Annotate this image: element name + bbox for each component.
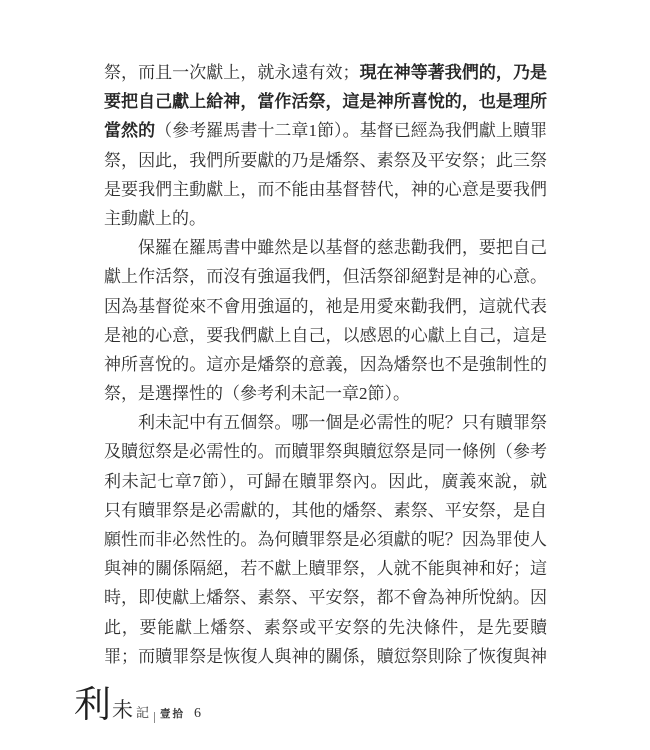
body-text-segment: （參考羅馬書十二章1節）。基督已經為我們獻上贖罪 bbox=[155, 121, 547, 140]
body-text-segment: 利未記中有五個祭。哪一個是必需性的呢？只有贖罪祭 bbox=[138, 413, 547, 432]
text-line: 只有贖罪祭是必需獻的，其他的燔祭、素祭、平安祭，是自 bbox=[104, 496, 547, 525]
text-line: 要把自己獻上給神，當作活祭，這是神所喜悅的，也是理所 bbox=[104, 87, 547, 116]
text-line: 利未記中有五個祭。哪一個是必需性的呢？只有贖罪祭 bbox=[104, 408, 547, 437]
text-line: 因為基督從來不會用強逼的，祂是用愛來勸我們，這就代表 bbox=[104, 292, 547, 321]
body-text-segment: 神所喜悅的。這亦是燔祭的意義，因為燔祭也不是強制性的 bbox=[104, 355, 547, 374]
footer-divider bbox=[154, 712, 155, 723]
page-body: 祭，而且一次獻上，就永遠有效；現在神等著我們的，乃是要把自己獻上給神，當作活祭，… bbox=[104, 58, 547, 671]
text-line: 是祂的心意，要我們獻上自己，以感恩的心獻上自己，這是 bbox=[104, 321, 547, 350]
book-title-char-3: 記 bbox=[136, 702, 149, 721]
text-line: 願性而非必然性的。為何贖罪祭是必須獻的呢？因為罪使人 bbox=[104, 525, 547, 554]
page-footer: 利 未 記 壹拾 6 bbox=[74, 686, 201, 726]
body-text-segment: 只有贖罪祭是必需獻的，其他的燔祭、素祭、平安祭，是自 bbox=[104, 501, 547, 520]
text-line: 祭，是選擇性的（參考利未記一章2節）。 bbox=[104, 379, 547, 408]
body-text-segment: 祭，而且一次獻上，就永遠有效； bbox=[104, 63, 360, 82]
body-text-segment: 罪；而贖罪祭是恢復人與神的關係，贖愆祭則除了恢復與神 bbox=[104, 647, 547, 666]
body-text-segment: 願性而非必然性的。為何贖罪祭是必須獻的呢？因為罪使人 bbox=[104, 530, 547, 549]
book-page: 祭，而且一次獻上，就永遠有效；現在神等著我們的，乃是要把自己獻上給神，當作活祭，… bbox=[0, 0, 650, 750]
book-title-char-2: 未 bbox=[112, 694, 133, 724]
emphasis-text: 要把自己獻上給神，當作活祭，這是神所喜悅的，也是理所 bbox=[104, 92, 547, 111]
chapter-label: 壹拾 bbox=[160, 706, 185, 721]
text-line: 主動獻上的。 bbox=[104, 204, 547, 233]
text-line: 保羅在羅馬書中雖然是以基督的慈悲勸我們，要把自己 bbox=[104, 233, 547, 262]
text-line: 此，要能獻上燔祭、素祭或平安祭的先決條件，是先要贖 bbox=[104, 613, 547, 642]
page-number: 6 bbox=[194, 706, 201, 722]
body-text-segment: 祭，是選擇性的（參考利未記一章2節）。 bbox=[104, 384, 410, 403]
book-title-char-1: 利 bbox=[74, 686, 111, 726]
body-text-segment: 因為基督從來不會用強逼的，祂是用愛來勸我們，這就代表 bbox=[104, 297, 547, 316]
text-line: 祭，因此，我們所要獻的乃是燔祭、素祭及平安祭；此三祭 bbox=[104, 146, 547, 175]
text-line: 當然的（參考羅馬書十二章1節）。基督已經為我們獻上贖罪 bbox=[104, 116, 547, 145]
body-text-segment: 祭，因此，我們所要獻的乃是燔祭、素祭及平安祭；此三祭 bbox=[104, 151, 547, 170]
body-text-segment: 是祂的心意，要我們獻上自己，以感恩的心獻上自己，這是 bbox=[104, 326, 547, 345]
text-line: 是要我們主動獻上，而不能由基督替代，神的心意是要我們 bbox=[104, 175, 547, 204]
body-text-segment: 此，要能獻上燔祭、素祭或平安祭的先決條件，是先要贖 bbox=[104, 618, 547, 637]
body-text-segment: 及贖愆祭是必需性的。而贖罪祭與贖愆祭是同一條例（參考 bbox=[104, 442, 547, 461]
text-line: 利未記七章7節），可歸在贖罪祭內。因此，廣義來說，就 bbox=[104, 467, 547, 496]
text-line: 祭，而且一次獻上，就永遠有效；現在神等著我們的，乃是 bbox=[104, 58, 547, 87]
text-line: 罪；而贖罪祭是恢復人與神的關係，贖愆祭則除了恢復與神 bbox=[104, 642, 547, 671]
body-text-segment: 是要我們主動獻上，而不能由基督替代，神的心意是要我們 bbox=[104, 180, 547, 199]
body-text-segment: 主動獻上的。 bbox=[104, 209, 206, 228]
body-text-segment: 時，即使獻上燔祭、素祭、平安祭，都不會為神所悅納。因 bbox=[104, 588, 547, 607]
emphasis-text: 現在神等著我們的，乃是 bbox=[360, 63, 547, 82]
text-line: 及贖愆祭是必需性的。而贖罪祭與贖愆祭是同一條例（參考 bbox=[104, 437, 547, 466]
body-text-segment: 與神的關係隔絕，若不獻上贖罪祭，人就不能與神和好；這 bbox=[104, 559, 547, 578]
body-text-segment: 利未記七章7節），可歸在贖罪祭內。因此，廣義來說，就 bbox=[104, 472, 547, 491]
body-text-segment: 獻上作活祭，而沒有強逼我們，但活祭卻絕對是神的心意。 bbox=[104, 267, 547, 286]
emphasis-text: 當然的 bbox=[104, 121, 155, 140]
text-line: 時，即使獻上燔祭、素祭、平安祭，都不會為神所悅納。因 bbox=[104, 583, 547, 612]
text-line: 神所喜悅的。這亦是燔祭的意義，因為燔祭也不是強制性的 bbox=[104, 350, 547, 379]
text-line: 與神的關係隔絕，若不獻上贖罪祭，人就不能與神和好；這 bbox=[104, 554, 547, 583]
text-line: 獻上作活祭，而沒有強逼我們，但活祭卻絕對是神的心意。 bbox=[104, 262, 547, 291]
body-text-segment: 保羅在羅馬書中雖然是以基督的慈悲勸我們，要把自己 bbox=[138, 238, 547, 257]
